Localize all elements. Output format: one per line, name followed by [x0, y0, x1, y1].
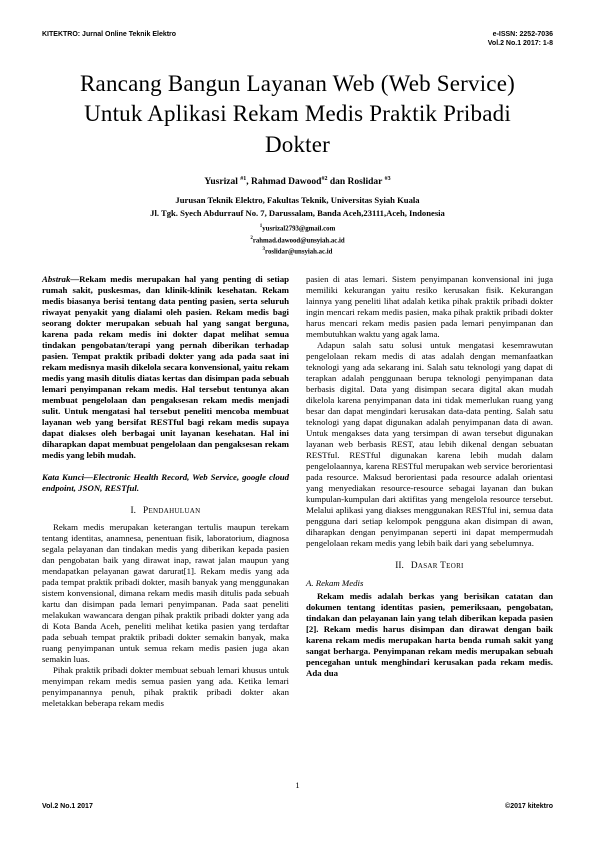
email-address: yusrizal2793@gmail.com	[262, 226, 335, 233]
paper-title: Rancang Bangun Layanan Web (Web Service)…	[52, 69, 543, 161]
author-name: Roslidar	[348, 177, 385, 187]
affiliation-address: Jl. Tgk. Syech Abdurrauf No. 7, Darussal…	[42, 207, 553, 220]
email-address: roslidar@unsyiah.ac.id	[265, 249, 332, 256]
keywords-paragraph: Kata Kunci—Electronic Health Record, Web…	[42, 472, 289, 494]
email-line: 2rahmad.dawood@unsyiah.ac.id	[42, 235, 553, 246]
footer-copyright: ©2017 kitektro	[505, 803, 553, 810]
abstract-paragraph: Abstrak—Rekam medis merupakan hal yang p…	[42, 274, 289, 461]
section-title: Pendahuluan	[143, 506, 200, 516]
email-line: 1yusrizal2793@gmail.com	[42, 223, 553, 234]
keywords-label: Kata Kunci	[42, 472, 84, 482]
body-paragraph: pasien di atas lemari. Sistem penyimpana…	[306, 274, 553, 340]
section-number: I.	[131, 506, 136, 516]
footer-volume: Vol.2 No.1 2017	[42, 803, 93, 810]
author-name: Rahmad Dawood	[251, 177, 321, 187]
subsection-heading-rekam-medis: A. Rekam Medis	[306, 578, 553, 589]
page-footer: Vol.2 No.1 2017 ©2017 kitektro	[42, 803, 553, 810]
issn: e-ISSN: 2252-7036	[488, 30, 553, 39]
affiliation-line: Jurusan Teknik Elektro, Fakultas Teknik,…	[42, 194, 553, 207]
body-paragraph: Rekam medis adalah berkas yang berisikan…	[306, 591, 553, 679]
left-column: Abstrak—Rekam medis merupakan hal yang p…	[42, 274, 289, 709]
body-paragraph: Rekam medis merupakan keterangan tertuli…	[42, 522, 289, 665]
issn-volume-block: e-ISSN: 2252-7036 Vol.2 No.1 2017: 1-8	[488, 30, 553, 49]
email-line: 3roslidar@unsyiah.ac.id	[42, 246, 553, 257]
author-emails: 1yusrizal2793@gmail.com 2rahmad.dawood@u…	[42, 223, 553, 257]
running-header: KITEKTRO: Jurnal Online Teknik Elektro e…	[42, 30, 553, 49]
section-title: Dasar Teori	[411, 561, 464, 571]
volume-info: Vol.2 No.1 2017: 1-8	[488, 39, 553, 48]
body-paragraph: Adapun salah satu solusi untuk mengatasi…	[306, 340, 553, 549]
journal-name: KITEKTRO: Jurnal Online Teknik Elektro	[42, 30, 176, 39]
abstract-text: —Rekam medis merupakan hal yang penting …	[42, 274, 289, 460]
section-heading-dasar-teori: II.Dasar Teori	[306, 560, 553, 572]
two-column-body: Abstrak—Rekam medis merupakan hal yang p…	[42, 274, 553, 709]
author-separator: dan	[327, 177, 347, 187]
author-mark: #3	[385, 176, 391, 182]
abstract-label: Abstrak	[42, 274, 70, 284]
paper-page: KITEKTRO: Jurnal Online Teknik Elektro e…	[0, 0, 595, 842]
section-heading-pendahuluan: I.Pendahuluan	[42, 505, 289, 517]
authors-line: Yusrizal #1, Rahmad Dawood#2 dan Roslida…	[42, 176, 553, 187]
section-number: II.	[395, 561, 404, 571]
page-number: 1	[0, 780, 595, 790]
author-name: Yusrizal	[204, 177, 240, 187]
right-column: pasien di atas lemari. Sistem penyimpana…	[306, 274, 553, 709]
email-address: rahmad.dawood@unsyiah.ac.id	[253, 237, 345, 244]
body-paragraph: Pihak praktik pribadi dokter membuat seb…	[42, 665, 289, 709]
